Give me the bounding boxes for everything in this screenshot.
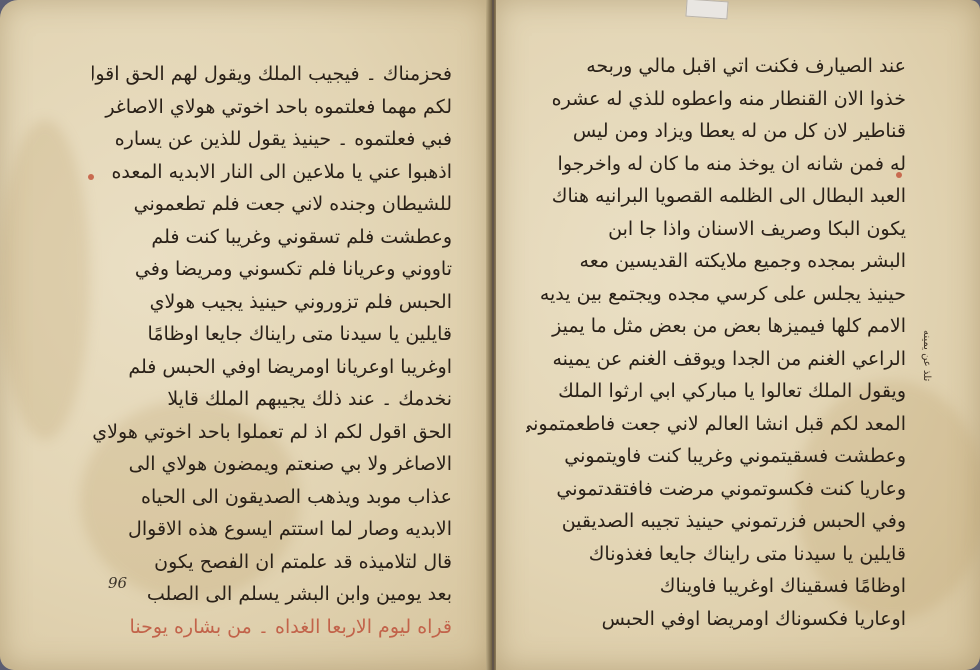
text-line: اذهبوا عني يا ملاعين الى النار الابديه ا…	[92, 156, 452, 189]
rubric-line: قراه ليوم الاربعا الغداه ۔ من بشاره يوحن…	[92, 611, 452, 644]
text-line: لكم مهما فعلتموه باحد اخوتي هولاي الاصاغ…	[92, 91, 452, 124]
water-stain	[0, 120, 90, 440]
text-line: فحزمناك ۔ فيجيب الملك ويقول لهم الحق اقو…	[92, 58, 452, 91]
left-page-text: فحزمناك ۔ فيجيب الملك ويقول لهم الحق اقو…	[92, 58, 452, 643]
text-line: اوعاريا فكسوناك اومريضا اوفي الحبس	[526, 603, 906, 636]
manuscript-spread: فحزمناك ۔ فيجيب الملك ويقول لهم الحق اقو…	[0, 0, 980, 670]
right-page: عند الصيارف فكنت اتي اقبل مالي وربحه خذو…	[496, 0, 980, 670]
text-line: عذاب موبد ويذهب الصديقون الى الحياه	[92, 481, 452, 514]
text-line: عند الصيارف فكنت اتي اقبل مالي وربحه	[526, 50, 906, 83]
text-line: حينيذ يجلس على كرسي مجده ويجتمع بين يديه	[526, 278, 906, 311]
red-dot-marker	[896, 172, 902, 178]
paper-tab	[685, 0, 728, 19]
text-line: قايلين يا سيدنا متى رايناك جايعا اوظامًا	[92, 318, 452, 351]
text-line: الراعي الغنم من الجدا ويوقف الغنم عن يمي…	[526, 343, 906, 376]
text-line: قناطير لان كل من له يعطا ويزاد ومن ليس	[526, 115, 906, 148]
text-line: المعد لكم قبل انشا العالم لاني جعت فاطعم…	[526, 408, 906, 441]
text-line: يكون البكا وصريف الاسنان واذا جا ابن	[526, 213, 906, 246]
text-line: الامم كلها فيميزها بعض من بعض مثل ما يمي…	[526, 310, 906, 343]
text-line: ويقول الملك تعالوا يا مباركي ابي ارثوا ا…	[526, 375, 906, 408]
text-line: بعد يومين وابن البشر يسلم الى الصلب	[92, 578, 452, 611]
text-line: خذوا الان القنطار منه واعطوه للذي له عشر…	[526, 83, 906, 116]
text-line: تاووني وعريانا فلم تكسوني ومريضا وفي	[92, 253, 452, 286]
text-line: وعاريا كنت فكسوتموني مرضت فافتقدتموني	[526, 473, 906, 506]
text-line: الاصاغر ولا بي صنعتم ويمضون هولاي الى	[92, 448, 452, 481]
text-line: الحبس فلم تزوروني حينيذ يجيب هولاي	[92, 286, 452, 319]
red-dot-marker	[88, 174, 94, 180]
text-line: البشر بمجده وجميع ملايكته القديسين معه	[526, 245, 906, 278]
text-line: اوغريبا اوعريانا اومريضا اوفي الحبس فلم	[92, 351, 452, 384]
text-line: وفي الحبس فزرتموني حينيذ تجيبه الصديقين	[526, 505, 906, 538]
text-line: للشيطان وجنده لاني جعت فلم تطعموني	[92, 188, 452, 221]
text-line: فبي فعلتموه ۔ حينيذ يقول للذين عن يساره	[92, 123, 452, 156]
right-page-text: عند الصيارف فكنت اتي اقبل مالي وربحه خذو…	[526, 50, 906, 635]
text-line: نخدمك ۔ عند ذلك يجيبهم الملك قايلا	[92, 383, 452, 416]
left-page: فحزمناك ۔ فيجيب الملك ويقول لهم الحق اقو…	[0, 0, 490, 670]
text-line: اوظامًا فسقيناك اوغريبا فاويناك	[526, 570, 906, 603]
text-line: العبد البطال الى الظلمه القصويا البرانيه…	[526, 180, 906, 213]
text-line: له فمن شانه ان يوخذ منه ما كان له واخرجو…	[526, 148, 906, 181]
folio-number: 96	[108, 574, 127, 592]
text-line: قايلين يا سيدنا متى رايناك جايعا فغذوناك	[526, 538, 906, 571]
margin-note: تلذ عن يمينه	[921, 330, 932, 381]
text-line: الحق اقول لكم اذ لم تعملوا باحد اخوتي هو…	[92, 416, 452, 449]
text-line: وعطشت فسقيتموني وغريبا كنت فاويتموني	[526, 440, 906, 473]
text-line: الابديه وصار لما استتم ايسوع هذه الاقوال	[92, 513, 452, 546]
text-line: وعطشت فلم تسقوني وغريبا كنت فلم	[92, 221, 452, 254]
text-line: قال لتلاميذه قد علمتم ان الفصح يكون	[92, 546, 452, 579]
